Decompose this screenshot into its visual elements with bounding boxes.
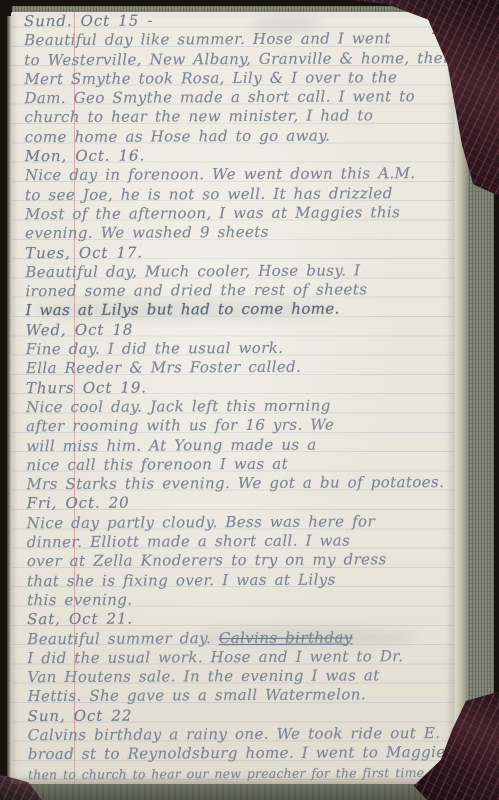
diary-line: evening. We washed 9 sheets	[25, 222, 463, 244]
diary-date-line: Wed, Oct 18	[26, 319, 464, 341]
diary-line: nice call this forenoon I was at	[26, 454, 464, 476]
diary-line: then to church to hear our new preacher …	[28, 762, 466, 784]
diary-line: Hettis. She gave us a small Watermelon.	[28, 685, 466, 707]
diary-line: Nice day partly cloudy. Bess was here fo…	[27, 512, 465, 534]
diary-line: Fine day. I did the usual work.	[26, 338, 464, 360]
diary-line: Nice day in forenoon. We went down this …	[25, 164, 463, 186]
diary-date-line: Sat, Oct 21.	[27, 608, 465, 630]
diary-line: will miss him. At Young made us a	[26, 434, 464, 456]
struck-text: Calvins birthday	[219, 628, 353, 647]
diary-line: I did the usual work. Hose and I went to…	[27, 647, 465, 669]
diary-line: Beautiful day, Much cooler, Hose busy. I	[25, 261, 463, 283]
diary-line: ironed some and dried the rest of sheets	[25, 280, 463, 302]
diary-line: Ella Reeder & Mrs Foster called.	[26, 357, 464, 379]
diary-line: that she is fixing over. I was at Lilys	[27, 569, 465, 591]
diary-line: dinner. Elliott made a short call. I was	[27, 531, 465, 553]
diary-line: come home as Hose had to go away.	[25, 126, 463, 148]
diary-date-line: Fri, Oct. 20	[26, 492, 464, 514]
diary-line: Mert Smythe took Rosa, Lily & I over to …	[24, 68, 462, 90]
diary-line: to Westerville, New Albany, Granville & …	[24, 48, 462, 70]
diary-date-line: Sund. Oct 15 -	[24, 10, 462, 32]
diary-line: to see Joe, he is not so well. It has dr…	[25, 184, 463, 206]
diary-line: broad st to Reynoldsburg home. I went to…	[28, 743, 466, 765]
diary-date-line: Thurs Oct 19.	[26, 376, 464, 398]
diary-line: this evening.	[27, 589, 465, 611]
diary-line: Van Houtens sale. In the evening I was a…	[27, 666, 465, 688]
diary-text: Sund. Oct 15 -Beautiful day like summer.…	[24, 10, 466, 790]
diary-line: Beautiful summer day. Calvins birthday	[27, 627, 465, 649]
diary-line: after rooming with us for 16 yrs. We	[26, 415, 464, 437]
diary-line: I was at Lilys but had to come home.	[25, 299, 463, 321]
diary-line: over at Zella Knoderers to try on my dre…	[27, 550, 465, 572]
diary-line: Beautiful day like summer. Hose and I we…	[24, 29, 462, 51]
diary-line: Mrs Starks this evening. We got a bu of …	[26, 473, 464, 495]
diary-date-line: Sun, Oct 22	[28, 705, 466, 727]
diary-date-line: Mon, Oct. 16.	[25, 145, 463, 167]
diary-line: Calvins birthday a rainy one. We took ri…	[28, 724, 466, 746]
diary-line: Dam. Geo Smythe made a short call. I wen…	[24, 87, 462, 109]
diary-photo: 79 Sund. Oct 15 -Beautiful day like summ…	[0, 0, 499, 800]
diary-line: Nice cool day. Jack left this morning	[26, 396, 464, 418]
diary-line: church to hear the new minister, I had t…	[24, 106, 462, 128]
diary-line: Most of the afternoon, I was at Maggies …	[25, 203, 463, 225]
diary-date-line: Tues, Oct 17.	[25, 241, 463, 263]
